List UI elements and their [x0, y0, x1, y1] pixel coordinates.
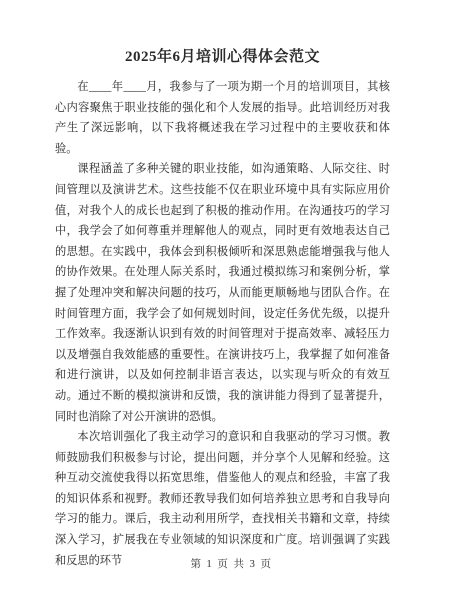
document-page: 2025年6月培训心得体会范文 在____年____月，我参与了一项为期一个月的…: [0, 0, 463, 600]
body-paragraph: 本次培训强化了我主动学习的意识和自我驱动的学习习惯。教师鼓励我们积极参与讨论，提…: [55, 427, 390, 571]
body-paragraph: 在____年____月，我参与了一项为期一个月的培训项目，其核心内容聚焦于职业技…: [55, 77, 390, 159]
document-title: 2025年6月培训心得体会范文: [55, 46, 390, 68]
document-content: 2025年6月培训心得体会范文 在____年____月，我参与了一项为期一个月的…: [55, 46, 390, 571]
body-paragraph: 课程涵盖了多种关键的职业技能，如沟通策略、人际交往、时间管理以及演讲艺术。这些技…: [55, 159, 390, 427]
document-body: 在____年____月，我参与了一项为期一个月的培训项目，其核心内容聚焦于职业技…: [55, 77, 390, 571]
page-number-footer: 第 1 页 共 3 页: [0, 557, 463, 573]
